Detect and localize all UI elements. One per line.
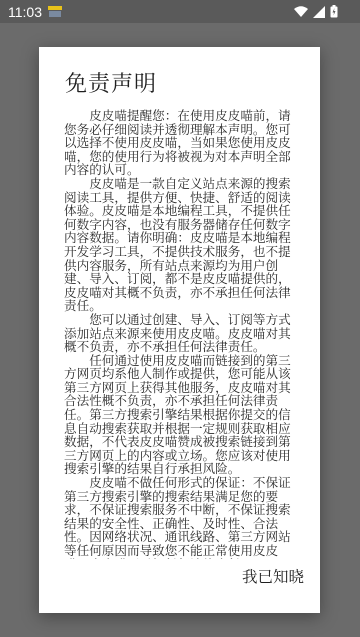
- battery-charging-icon: [330, 5, 338, 18]
- disclaimer-paragraph: 任何通过使用皮皮喵而链接到的第三方网页均系他人制作或提供，您可能从该第三方网页上…: [64, 354, 302, 476]
- status-bar: 11:03: [0, 0, 360, 23]
- disclaimer-dialog: 免责声明 皮皮喵提醒您：在使用皮皮喵前，请您务必仔细阅读并透彻理解本声明。您可以…: [39, 47, 320, 613]
- wifi-icon: [294, 6, 308, 18]
- disclaimer-paragraph: 皮皮喵是一款自定义站点来源的搜索阅读工具，提供方便、快捷、舒适的阅读体验。皮皮喵…: [64, 177, 302, 313]
- disclaimer-paragraph: 皮皮喵不做任何形式的保证：不保证第三方搜索引擎的搜索结果满足您的要求，不保证搜索…: [64, 476, 302, 559]
- status-time: 11:03: [8, 4, 42, 20]
- disclaimer-paragraph: 皮皮喵提醒您：在使用皮皮喵前，请您务必仔细阅读并透彻理解本声明。您可以选择不使用…: [64, 109, 302, 177]
- cellular-signal-icon: [313, 6, 325, 18]
- dialog-title: 免责声明: [65, 67, 157, 98]
- acknowledge-button[interactable]: 我已知晓: [242, 561, 304, 591]
- disclaimer-text-scroll[interactable]: 皮皮喵提醒您：在使用皮皮喵前，请您务必仔细阅读并透彻理解本声明。您可以选择不使用…: [64, 109, 302, 559]
- disclaimer-paragraph: 您可以通过创建、导入、订阅等方式添加站点来源来使用皮皮喵。皮皮喵对其概不负责，亦…: [64, 313, 302, 354]
- sim-card-notification-icon: [48, 6, 62, 17]
